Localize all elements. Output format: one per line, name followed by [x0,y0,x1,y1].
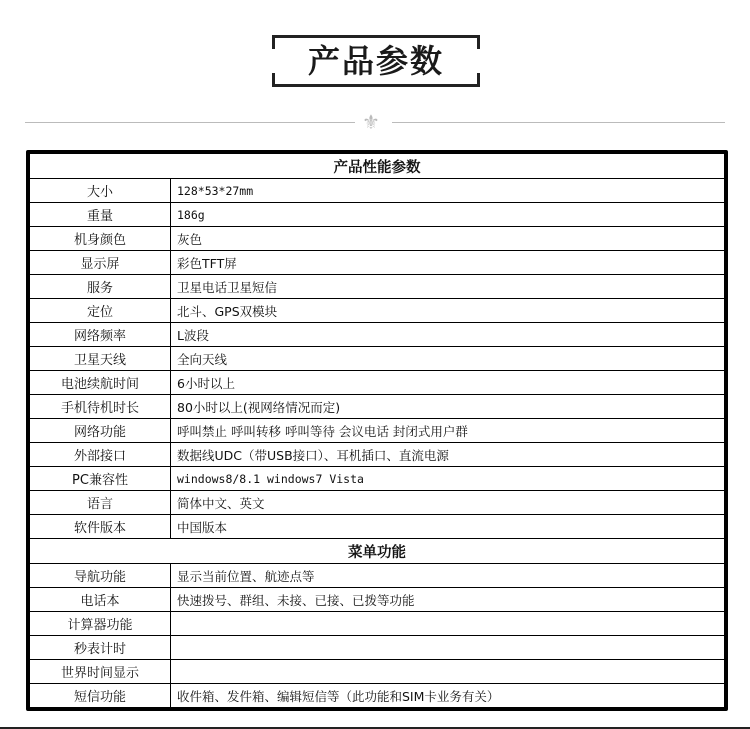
table-row: 重量186g [30,203,724,227]
section-header: 产品性能参数 [30,154,724,179]
table-row: 手机待机时长80小时以上(视网络情况而定) [30,395,724,419]
row-label: 软件版本 [30,515,171,539]
row-value: 收件箱、发件箱、编辑短信等（此功能和SIM卡业务有关） [171,684,725,708]
row-label: 手机待机时长 [30,395,171,419]
row-label: 定位 [30,299,171,323]
divider-left [25,122,355,123]
row-value: 呼叫禁止 呼叫转移 呼叫等待 会议电话 封闭式用户群 [171,419,725,443]
title-box: 产品参数 [272,35,480,87]
row-label: 计算器功能 [30,612,171,636]
fleur-de-lis-icon: ⚜ [359,111,383,133]
table-row: 网络频率L波段 [30,323,724,347]
page-title: 产品参数 [272,35,480,87]
table-row: 世界时间显示 [30,660,724,684]
row-label: 外部接口 [30,443,171,467]
row-label: 世界时间显示 [30,660,171,684]
row-label: 显示屏 [30,251,171,275]
row-value [171,612,725,636]
row-value: 186g [171,203,725,227]
row-value: 灰色 [171,227,725,251]
table-row: 机身颜色灰色 [30,227,724,251]
row-label: 秒表计时 [30,636,171,660]
row-value: 简体中文、英文 [171,491,725,515]
row-label: 导航功能 [30,564,171,588]
row-value: 北斗、GPS双模块 [171,299,725,323]
row-label: 语言 [30,491,171,515]
table-row: 秒表计时 [30,636,724,660]
row-value: 快速拨号、群组、未接、已接、已拨等功能 [171,588,725,612]
section-title: 产品性能参数 [30,154,724,179]
table-row: 卫星天线全向天线 [30,347,724,371]
row-value: 全向天线 [171,347,725,371]
spec-table: 产品性能参数 大小128*53*27mm 重量186g 机身颜色灰色 显示屏彩色… [26,150,728,711]
row-value [171,660,725,684]
divider-right [392,122,725,123]
row-label: 服务 [30,275,171,299]
row-value: 80小时以上(视网络情况而定) [171,395,725,419]
row-label: 网络功能 [30,419,171,443]
row-label: 重量 [30,203,171,227]
row-value [171,636,725,660]
table-row: 网络功能呼叫禁止 呼叫转移 呼叫等待 会议电话 封闭式用户群 [30,419,724,443]
row-value: L波段 [171,323,725,347]
table-row: 定位北斗、GPS双模块 [30,299,724,323]
row-value: 卫星电话卫星短信 [171,275,725,299]
row-value: 中国版本 [171,515,725,539]
row-value: 显示当前位置、航迹点等 [171,564,725,588]
table-row: PC兼容性windows8/8.1 windows7 Vista [30,467,724,491]
row-label: 短信功能 [30,684,171,708]
table-row: 电话本快速拨号、群组、未接、已接、已拨等功能 [30,588,724,612]
row-label: 网络频率 [30,323,171,347]
table-row: 电池续航时间6小时以上 [30,371,724,395]
table-row: 计算器功能 [30,612,724,636]
row-value: windows8/8.1 windows7 Vista [171,467,725,491]
table-row: 显示屏彩色TFT屏 [30,251,724,275]
row-label: PC兼容性 [30,467,171,491]
table-row: 短信功能收件箱、发件箱、编辑短信等（此功能和SIM卡业务有关） [30,684,724,708]
table-row: 导航功能显示当前位置、航迹点等 [30,564,724,588]
row-label: 电池续航时间 [30,371,171,395]
table-row: 服务卫星电话卫星短信 [30,275,724,299]
section-header: 菜单功能 [30,539,724,564]
row-value: 6小时以上 [171,371,725,395]
row-label: 卫星天线 [30,347,171,371]
row-value: 数据线UDC（带USB接口）、耳机插口、直流电源 [171,443,725,467]
section-title: 菜单功能 [30,539,724,564]
row-value: 128*53*27mm [171,179,725,203]
table-row: 语言简体中文、英文 [30,491,724,515]
table-row: 大小128*53*27mm [30,179,724,203]
row-label: 电话本 [30,588,171,612]
table-row: 外部接口数据线UDC（带USB接口）、耳机插口、直流电源 [30,443,724,467]
row-value: 彩色TFT屏 [171,251,725,275]
table-row: 软件版本中国版本 [30,515,724,539]
row-label: 机身颜色 [30,227,171,251]
row-label: 大小 [30,179,171,203]
